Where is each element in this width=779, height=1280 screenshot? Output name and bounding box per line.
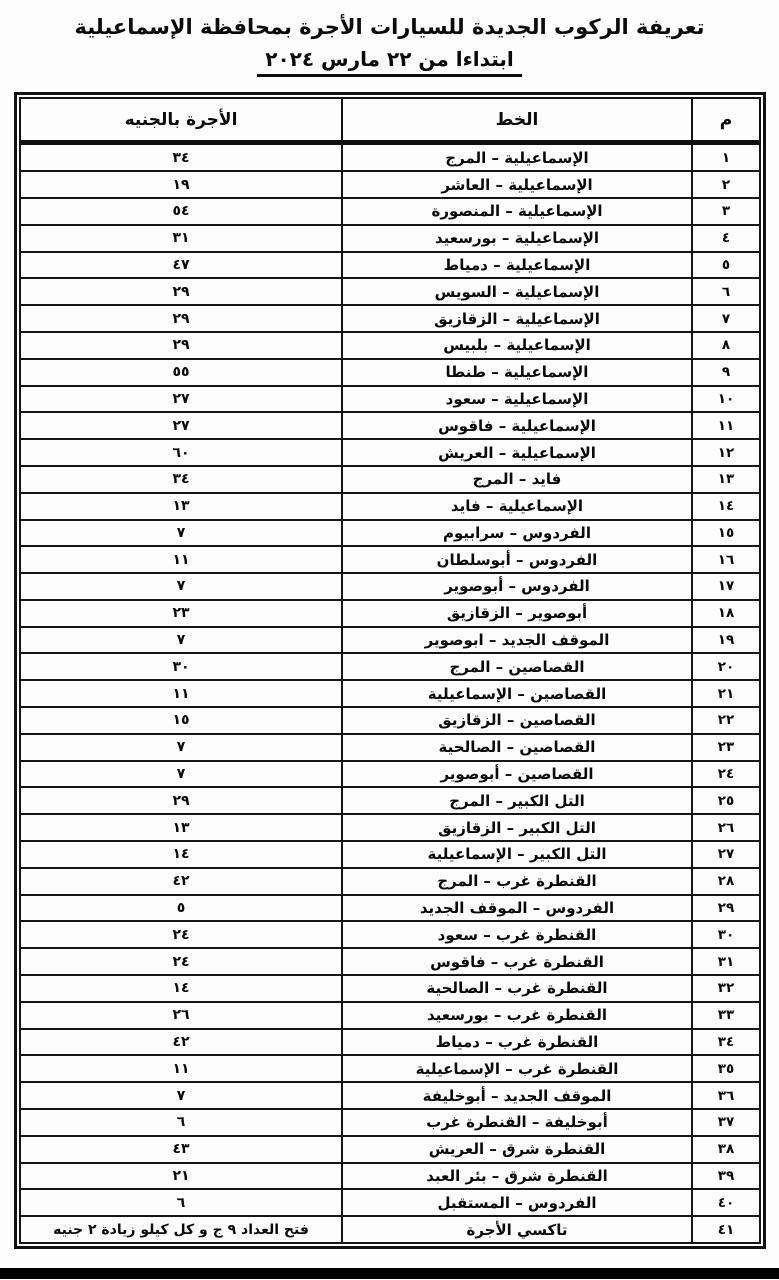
- row-route-cell: تاكسي الأجرة: [342, 1216, 692, 1243]
- row-fare-cell: ٢٧: [20, 412, 342, 439]
- row-index-cell: ١٤: [692, 493, 760, 520]
- row-index-cell: ١٥: [692, 520, 760, 547]
- row-index-cell: ٧: [692, 305, 760, 332]
- document-subtitle-row: ابتداءا من ٢٢ مارس ٢٠٢٤: [0, 47, 779, 77]
- row-route-cell: الإسماعيلية – الزقازيق: [342, 305, 692, 332]
- row-index-cell: ٢٠: [692, 653, 760, 680]
- row-index-cell: ٨: [692, 332, 760, 359]
- row-index-cell: ٢٢: [692, 707, 760, 734]
- row-route-cell: القنطرة غرب – سعود: [342, 921, 692, 948]
- row-index-cell: ٢٥: [692, 787, 760, 814]
- fare-table-row: ١٥ الفردوس – سرابيوم ٧: [20, 520, 760, 547]
- fare-table-body: ١ الإسماعيلية – المرج ٣٤ ٢ الإسماعيلية –…: [20, 143, 760, 1243]
- row-index-cell: ٢٨: [692, 868, 760, 895]
- row-fare-cell: ٥٤: [20, 198, 342, 225]
- fare-table-row: ١ الإسماعيلية – المرج ٣٤: [20, 143, 760, 171]
- row-fare-cell: ٢٤: [20, 921, 342, 948]
- row-fare-cell: ٤٢: [20, 868, 342, 895]
- row-fare-cell: ٦٠: [20, 439, 342, 466]
- row-route-cell: القصاصين – أبوصوير: [342, 761, 692, 788]
- row-route-cell: القنطرة غرب – بورسعيد: [342, 1002, 692, 1029]
- fare-table-row: ٢٨ القنطرة غرب – المرج ٤٢: [20, 868, 760, 895]
- fare-table-row: ٣١ القنطرة غرب – فاقوس ٢٤: [20, 948, 760, 975]
- fare-table-row: ١١ الإسماعيلية – فاقوس ٢٧: [20, 412, 760, 439]
- row-fare-cell: ٦: [20, 1189, 342, 1216]
- fare-table-row: ٣ الإسماعيلية – المنصورة ٥٤: [20, 198, 760, 225]
- row-route-cell: الإسماعيلية – دمياط: [342, 252, 692, 279]
- row-fare-cell: ٢١: [20, 1163, 342, 1190]
- row-route-cell: الإسماعيلية – سعود: [342, 386, 692, 413]
- fare-table-row: ١٨ أبوصوير – الزقازيق ٢٣: [20, 600, 760, 627]
- fare-table-row: ٣٩ القنطرة شرق – بئر العبد ٢١: [20, 1163, 760, 1190]
- row-fare-cell: ١٩: [20, 171, 342, 198]
- fare-table-outer-border: م الخط الأجرة بالجنيه ١ الإسماعيلية – ال…: [14, 92, 766, 1249]
- row-index-cell: ٣٢: [692, 975, 760, 1002]
- row-index-cell: ٣٣: [692, 1002, 760, 1029]
- fare-table-row: ٢٢ القصاصين – الزقازيق ١٥: [20, 707, 760, 734]
- fare-table-row: ٢ الإسماعيلية – العاشر ١٩: [20, 171, 760, 198]
- row-fare-cell: ١١: [20, 1055, 342, 1082]
- row-route-cell: الفردوس – أبوسلطان: [342, 546, 692, 573]
- row-route-cell: التل الكبير – المرج: [342, 787, 692, 814]
- fare-table-row: ٣٢ القنطرة غرب – الصالحية ١٤: [20, 975, 760, 1002]
- row-fare-cell: ٢٣: [20, 600, 342, 627]
- row-index-cell: ١٢: [692, 439, 760, 466]
- row-index-cell: ٢٦: [692, 814, 760, 841]
- row-index-cell: ٣٩: [692, 1163, 760, 1190]
- fare-table-row: ٤١ تاكسي الأجرة فتح العداد ٩ ج و كل كيلو…: [20, 1216, 760, 1243]
- fare-table-row: ١٦ الفردوس – أبوسلطان ١١: [20, 546, 760, 573]
- row-route-cell: الإسماعيلية – فاقوس: [342, 412, 692, 439]
- row-fare-cell: ١١: [20, 546, 342, 573]
- row-index-cell: ٣٠: [692, 921, 760, 948]
- header-index-column: م: [692, 98, 760, 143]
- fare-table-row: ٥ الإسماعيلية – دمياط ٤٧: [20, 252, 760, 279]
- row-fare-cell: ٧: [20, 573, 342, 600]
- row-route-cell: القصاصين – الإسماعيلية: [342, 680, 692, 707]
- row-fare-cell: ٢٧: [20, 386, 342, 413]
- fare-table-row: ٩ الإسماعيلية – طنطا ٥٥: [20, 359, 760, 386]
- header-fare-column: الأجرة بالجنيه: [20, 98, 342, 143]
- row-route-cell: الموقف الجديد – ابوصوير: [342, 627, 692, 654]
- row-index-cell: ١٦: [692, 546, 760, 573]
- fare-table-row: ٣٥ القنطرة غرب – الإسماعيلية ١١: [20, 1055, 760, 1082]
- row-index-cell: ١١: [692, 412, 760, 439]
- fare-table-row: ٦ الإسماعيلية – السويس ٢٩: [20, 278, 760, 305]
- row-fare-cell: ٧: [20, 627, 342, 654]
- row-index-cell: ٤٠: [692, 1189, 760, 1216]
- row-route-cell: القصاصين – المرج: [342, 653, 692, 680]
- row-route-cell: الموقف الجديد – أبوخليفة: [342, 1082, 692, 1109]
- row-index-cell: ٢١: [692, 680, 760, 707]
- row-index-cell: ٢: [692, 171, 760, 198]
- row-route-cell: التل الكبير – الإسماعيلية: [342, 841, 692, 868]
- fare-table-row: ١٤ الإسماعيلية – فايد ١٣: [20, 493, 760, 520]
- row-fare-cell: فتح العداد ٩ ج و كل كيلو زيادة ٢ جنيه: [20, 1216, 342, 1243]
- row-fare-cell: ١٥: [20, 707, 342, 734]
- row-fare-cell: ٣١: [20, 225, 342, 252]
- document-title: تعريفة الركوب الجديدة للسيارات الأجرة بم…: [0, 0, 779, 41]
- row-index-cell: ٢٤: [692, 761, 760, 788]
- row-route-cell: الفردوس – الموقف الجديد: [342, 895, 692, 922]
- scanned-document-page: تعريفة الركوب الجديدة للسيارات الأجرة بم…: [0, 0, 779, 1280]
- row-index-cell: ٣٥: [692, 1055, 760, 1082]
- row-index-cell: ٥: [692, 252, 760, 279]
- row-fare-cell: ٢٤: [20, 948, 342, 975]
- row-route-cell: الإسماعيلية – بلبيس: [342, 332, 692, 359]
- row-fare-cell: ٥٥: [20, 359, 342, 386]
- row-route-cell: التل الكبير – الزقازيق: [342, 814, 692, 841]
- row-route-cell: الإسماعيلية – بورسعيد: [342, 225, 692, 252]
- row-route-cell: القنطرة غرب – الإسماعيلية: [342, 1055, 692, 1082]
- fare-table-row: ٣٣ القنطرة غرب – بورسعيد ٢٦: [20, 1002, 760, 1029]
- row-index-cell: ٢٩: [692, 895, 760, 922]
- row-route-cell: القنطرة غرب – الصالحية: [342, 975, 692, 1002]
- fare-table-row: ٢٠ القصاصين – المرج ٣٠: [20, 653, 760, 680]
- row-fare-cell: ٧: [20, 761, 342, 788]
- fare-table-row: ١٣ فايد – المرج ٣٤: [20, 466, 760, 493]
- fare-table-row: ٧ الإسماعيلية – الزقازيق ٢٩: [20, 305, 760, 332]
- fare-table-row: ٣٦ الموقف الجديد – أبوخليفة ٧: [20, 1082, 760, 1109]
- row-index-cell: ١٧: [692, 573, 760, 600]
- row-route-cell: القصاصين – الصالحية: [342, 734, 692, 761]
- row-route-cell: فايد – المرج: [342, 466, 692, 493]
- row-fare-cell: ٢٩: [20, 332, 342, 359]
- row-fare-cell: ١٤: [20, 841, 342, 868]
- row-index-cell: ٣٨: [692, 1136, 760, 1163]
- fare-table-row: ٣٠ القنطرة غرب – سعود ٢٤: [20, 921, 760, 948]
- row-fare-cell: ٢٩: [20, 278, 342, 305]
- row-fare-cell: ١٣: [20, 493, 342, 520]
- scan-bottom-black-bar: [0, 1268, 779, 1279]
- row-route-cell: الإسماعيلية – السويس: [342, 278, 692, 305]
- row-fare-cell: ٣٤: [20, 466, 342, 493]
- fare-table-row: ٣٨ القنطرة شرق – العريش ٤٣: [20, 1136, 760, 1163]
- row-fare-cell: ٦: [20, 1109, 342, 1136]
- row-fare-cell: ٧: [20, 1082, 342, 1109]
- fare-table-row: ٢٥ التل الكبير – المرج ٢٩: [20, 787, 760, 814]
- row-index-cell: ١٨: [692, 600, 760, 627]
- row-route-cell: الإسماعيلية – المنصورة: [342, 198, 692, 225]
- row-index-cell: ٤١: [692, 1216, 760, 1243]
- row-index-cell: ٣: [692, 198, 760, 225]
- document-subtitle-underlined: ابتداءا من ٢٢ مارس ٢٠٢٤: [257, 47, 522, 77]
- row-index-cell: ٩: [692, 359, 760, 386]
- row-index-cell: ١٣: [692, 466, 760, 493]
- fare-table-row: ٣٤ القنطرة غرب – دمياط ٤٢: [20, 1029, 760, 1056]
- row-route-cell: أبوخليفة – القنطرة غرب: [342, 1109, 692, 1136]
- row-route-cell: القنطرة غرب – المرج: [342, 868, 692, 895]
- row-index-cell: ٤: [692, 225, 760, 252]
- row-index-cell: ٢٧: [692, 841, 760, 868]
- row-index-cell: ١٠: [692, 386, 760, 413]
- fare-table-row: ٢٣ القصاصين – الصالحية ٧: [20, 734, 760, 761]
- row-route-cell: الفردوس – المستقبل: [342, 1189, 692, 1216]
- row-route-cell: القنطرة غرب – دمياط: [342, 1029, 692, 1056]
- row-index-cell: ١٩: [692, 627, 760, 654]
- row-route-cell: أبوصوير – الزقازيق: [342, 600, 692, 627]
- fare-table: م الخط الأجرة بالجنيه ١ الإسماعيلية – ال…: [19, 97, 761, 1244]
- row-index-cell: ٦: [692, 278, 760, 305]
- row-fare-cell: ٢٩: [20, 305, 342, 332]
- fare-table-row: ٢١ القصاصين – الإسماعيلية ١١: [20, 680, 760, 707]
- row-route-cell: الإسماعيلية – العريش: [342, 439, 692, 466]
- row-fare-cell: ٥: [20, 895, 342, 922]
- row-fare-cell: ٤٢: [20, 1029, 342, 1056]
- fare-table-row: ٢٩ الفردوس – الموقف الجديد ٥: [20, 895, 760, 922]
- fare-table-row: ٣٧ أبوخليفة – القنطرة غرب ٦: [20, 1109, 760, 1136]
- fare-table-row: ١٩ الموقف الجديد – ابوصوير ٧: [20, 627, 760, 654]
- row-fare-cell: ٧: [20, 734, 342, 761]
- row-route-cell: القنطرة غرب – فاقوس: [342, 948, 692, 975]
- header-route-column: الخط: [342, 98, 692, 143]
- fare-table-row: ١٧ الفردوس – أبوصوير ٧: [20, 573, 760, 600]
- fare-table-row: ٢٧ التل الكبير – الإسماعيلية ١٤: [20, 841, 760, 868]
- row-fare-cell: ٤٧: [20, 252, 342, 279]
- fare-table-row: ٤٠ الفردوس – المستقبل ٦: [20, 1189, 760, 1216]
- row-fare-cell: ١٤: [20, 975, 342, 1002]
- fare-table-row: ١٢ الإسماعيلية – العريش ٦٠: [20, 439, 760, 466]
- row-fare-cell: ٧: [20, 520, 342, 547]
- fare-table-row: ٤ الإسماعيلية – بورسعيد ٣١: [20, 225, 760, 252]
- fare-table-row: ٢٤ القصاصين – أبوصوير ٧: [20, 761, 760, 788]
- row-fare-cell: ١١: [20, 680, 342, 707]
- fare-table-row: ١٠ الإسماعيلية – سعود ٢٧: [20, 386, 760, 413]
- row-route-cell: الإسماعيلية – المرج: [342, 143, 692, 171]
- row-index-cell: ٣٧: [692, 1109, 760, 1136]
- row-index-cell: ٣٤: [692, 1029, 760, 1056]
- row-fare-cell: ٤٣: [20, 1136, 342, 1163]
- row-index-cell: ٢٣: [692, 734, 760, 761]
- row-route-cell: الفردوس – سرابيوم: [342, 520, 692, 547]
- row-route-cell: الإسماعيلية – فايد: [342, 493, 692, 520]
- row-index-cell: ١: [692, 143, 760, 171]
- row-route-cell: القصاصين – الزقازيق: [342, 707, 692, 734]
- row-route-cell: القنطرة شرق – بئر العبد: [342, 1163, 692, 1190]
- row-fare-cell: ٢٦: [20, 1002, 342, 1029]
- row-fare-cell: ٢٩: [20, 787, 342, 814]
- row-fare-cell: ١٣: [20, 814, 342, 841]
- row-route-cell: الإسماعيلية – العاشر: [342, 171, 692, 198]
- row-fare-cell: ٣٠: [20, 653, 342, 680]
- fare-table-row: ٨ الإسماعيلية – بلبيس ٢٩: [20, 332, 760, 359]
- row-fare-cell: ٣٤: [20, 143, 342, 171]
- row-index-cell: ٣١: [692, 948, 760, 975]
- row-route-cell: الفردوس – أبوصوير: [342, 573, 692, 600]
- row-route-cell: القنطرة شرق – العريش: [342, 1136, 692, 1163]
- fare-table-row: ٢٦ التل الكبير – الزقازيق ١٣: [20, 814, 760, 841]
- row-index-cell: ٣٦: [692, 1082, 760, 1109]
- fare-table-header-row: م الخط الأجرة بالجنيه: [20, 98, 760, 143]
- row-route-cell: الإسماعيلية – طنطا: [342, 359, 692, 386]
